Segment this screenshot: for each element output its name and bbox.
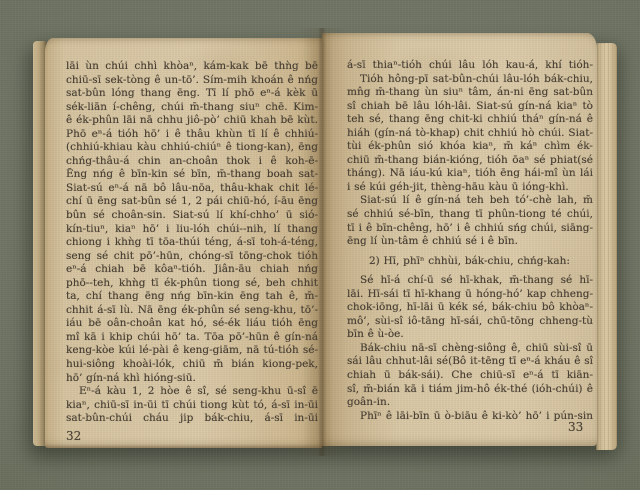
text-line: Sé hī-á chí-ū sé hī-khak, m̄-thang sé hī…	[347, 274, 593, 288]
text-line: bīn ê ù-òe.	[347, 328, 593, 342]
open-book: lāi ùn chúi chhì khòaⁿ, kám-kak bē thǹg …	[33, 28, 617, 456]
photo-background: { "colors": { "background": "#6e7363", "…	[0, 0, 640, 490]
text-line: ēng lí ùn-tâm ê chhiú sé i ê bīn.	[347, 235, 593, 249]
text-line: (chhiú-khiau kàu chhiú-chiúⁿ ê tiong-kan…	[66, 141, 318, 155]
right-page: á-sī thiaⁿ-tióh chúi lâu lóh kau-á, khí …	[322, 33, 597, 446]
text-line: hiáh (gín-ná tò-khap) chit chhiú hò chúi…	[347, 127, 593, 141]
text-line: chí ū ēng sat-bûn sé 1, 2 pái chiū-hó, í…	[66, 195, 318, 209]
text-line: i sé kúi géh-jit, thèng-hāu kàu ū ióng-k…	[347, 181, 593, 195]
text-line: kiaⁿ, chiū-sī in-ūi tī chúi tiong kùt tó…	[66, 399, 318, 413]
text-line: sî chiah bē lâu lóh-lâi. Siat-sú gín-ná …	[347, 100, 593, 114]
text-line: lāi ùn chúi chhì khòaⁿ, kám-kak bē thǹg …	[66, 60, 318, 74]
text-line: tùi ék-phûn sió khóa kiaⁿ, m̄ káⁿ chìm é…	[347, 140, 593, 154]
text-line: Siat-sú lí ê gín-ná teh beh tó’-chè lah,…	[347, 194, 593, 208]
right-page-text: á-sī thiaⁿ-tióh chúi lâu lóh kau-á, khí …	[347, 59, 593, 423]
text-line: ta, chí thang ēng nńg bīn-kin ēng tah ê,…	[66, 290, 318, 304]
page-number-left: 32	[66, 429, 81, 443]
left-page-text: lāi ùn chúi chhì khòaⁿ, kám-kak bē thǹg …	[66, 60, 318, 426]
text-line: chiū m̄-thang bián-kióng, tióh ōaⁿ sé ph…	[347, 154, 593, 168]
text-line: tháng). Nā iáu-kú kiaⁿ, tióh ēng hái-mî …	[347, 167, 593, 181]
text-line: hō’ gín-ná khì hióng-siū.	[66, 372, 318, 386]
text-line: hui-siông khoài-lók, chiū m̄ bián kiong-…	[66, 358, 318, 372]
text-line: Phō eⁿ-á tióh hō’ i ê thâu khùn tī lí ê …	[66, 128, 318, 142]
text-line: sé chhiú sé-bīn, thang tī phûn-tiong té …	[347, 208, 593, 222]
text-line: phō--teh, khǹg tī ék-phûn tiong sé, beh …	[66, 277, 318, 291]
text-line: teh sé, thang ēng chit-ki chhiú tháⁿ gín…	[347, 113, 593, 127]
text-line: sat-bûn-chúi cháu jip bák-chiu, á-sī in-…	[66, 412, 318, 426]
text-line: lāi. Hī-sái tī hī-khang ū hóng-hó’ kap c…	[347, 288, 593, 302]
text-line: Tióh hông-pī sat-bûn-chúi lâu-lóh bák-ch…	[347, 73, 593, 87]
text-line: mô’, sùi-sî iô-tāng hī-sái, chū-tōng chh…	[347, 315, 593, 329]
text-line: sat-bûn lóng thang ēng. Tī lí phō eⁿ-á k…	[66, 87, 318, 101]
text-line: keng-kòe kúi lé-pài ê keng-giām, nā tú-t…	[66, 344, 318, 358]
text-line: tī i ê bīn-chêng, hō’ i ê chhiú sńg chúi…	[347, 222, 593, 236]
text-line: sék-liān í-chêng, chúi m̄-thang siuⁿ chē…	[66, 101, 318, 115]
text-line: Siat-sú eⁿ-á nā bô lâu-nōa, thâu-khak ch…	[66, 182, 318, 196]
text-line: ê ék-phûn lāi nā chhu jiô-pò’ chiū khah …	[66, 114, 318, 128]
text-line: iáu bē oân-choân kat hó, sé-ék liáu tióh…	[66, 317, 318, 331]
text-line: bûn sé choân-sin. Siat-sú lí khí-chho’ ū…	[66, 209, 318, 223]
text-line: Phīⁿ ê lāi-bīn ū ò-biāu ê ki-kò’ hō’ i p…	[347, 410, 593, 424]
text-line: chiū-sī sek-tòng ê un-tō’. Sím-mih khoán…	[66, 74, 318, 88]
text-line: seng sé chit pō’-hūn, chóng-sī tōng-chok…	[66, 250, 318, 264]
text-line: goân-in.	[347, 396, 593, 410]
page-number-right: 33	[568, 420, 583, 434]
text-line: chok-iōng, hī-lāi ū kék sé, bák-chiu bô …	[347, 301, 593, 315]
text-line: sî, m̄-bián kā i tiám jim-hô ék-thé (ióh…	[347, 383, 593, 397]
text-line: Ēng nńg ê bīn-kin sé bīn, m̄-thang boah …	[66, 168, 318, 182]
text-line: sái lâu chhut-lâi sé(Bô it-tēng tī eⁿ-á …	[347, 355, 593, 369]
text-line: chhit á-sī lù. Nā ēng ék-phûn sé seng-kh…	[66, 304, 318, 318]
text-line: á-sī thiaⁿ-tióh chúi lâu lóh kau-á, khí …	[347, 59, 593, 73]
text-line: kín-tiuⁿ, kiaⁿ hō’ i liu-lóh chúi--nih, …	[66, 223, 318, 237]
right-page-stack-edge	[596, 43, 617, 450]
text-line: Bák-chiu nā-sī chèng-siông ê, chiū sùi-s…	[347, 342, 593, 356]
text-line: chiong i khǹg tī tōa-thúi téng, á-sī toh…	[66, 236, 318, 250]
text-line: 2) Hī, phīⁿ chhùi, bák-chiu, chńg-kah:	[347, 255, 593, 269]
text-line: mî kā i khip chúi hō’ ta. Tōa pō’-hūn ê …	[66, 331, 318, 345]
text-line: chńg-thâu-á chin an-choân thok i ê koh-ē…	[66, 155, 318, 169]
text-line: eⁿ-á chiah bē kôaⁿ-tióh. Jiân-āu chiah n…	[66, 263, 318, 277]
text-line: mn̂g m̄-thang ùn siuⁿ tâm, án-ni ēng sat…	[347, 86, 593, 100]
left-page: lāi ùn chúi chhì khòaⁿ, kám-kak bē thǹg …	[45, 38, 322, 448]
text-line: Eⁿ-á kàu 1, 2 hòe ê sî, sé seng-khu ū-sî…	[66, 385, 318, 399]
text-line: chiah ū bák-sái). Che chiū-sī eⁿ-á tī ki…	[347, 369, 593, 383]
